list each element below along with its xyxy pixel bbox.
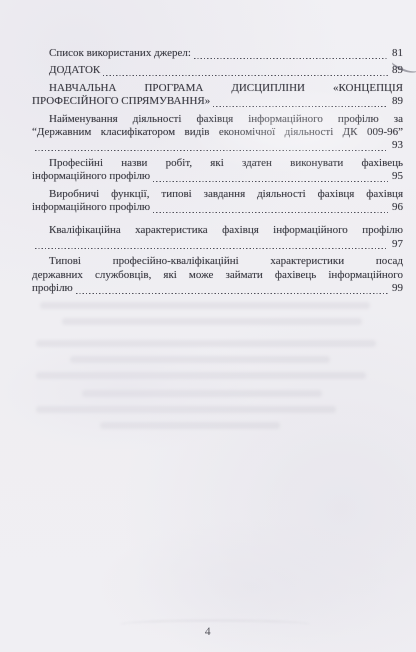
- toc-entry-last-line: ДОДАТОК89: [32, 64, 403, 77]
- toc-entry-title: інформаційного профілю: [32, 170, 150, 183]
- toc-entry: Професійні назви робіт, які здатен викон…: [32, 157, 403, 184]
- scanned-page: Список використаних джерел:81ДОДАТОК89НА…: [0, 0, 416, 652]
- toc-entry-line: Найменування діяльності фахівця інформац…: [32, 113, 403, 126]
- dot-leader: [153, 177, 388, 182]
- bleed-through-smudge: [40, 302, 370, 309]
- toc-entry-page-number: 89: [392, 95, 403, 108]
- toc-entry-line: Типові професійно-кваліфікаційні характе…: [32, 255, 403, 268]
- bleed-through-smudge: [82, 390, 322, 397]
- toc-entry-line: Виробничі функції, типові завдання діяль…: [32, 188, 403, 201]
- bleed-through-smudge: [70, 356, 330, 363]
- toc-entry-page-number: 81: [392, 47, 403, 60]
- dot-leader: [213, 102, 388, 107]
- toc-entry-page-number: 95: [392, 170, 403, 183]
- toc-list: Список використаних джерел:81ДОДАТОК89НА…: [32, 47, 403, 300]
- dot-leader: [35, 245, 388, 250]
- dot-leader: [194, 54, 388, 59]
- bleed-through-smudge: [36, 406, 336, 413]
- dot-leader: [153, 208, 388, 213]
- toc-entry-line: Кваліфікаційна характеристика фахівця ін…: [32, 224, 403, 237]
- dot-leader: [35, 146, 388, 151]
- toc-entry: НАВЧАЛЬНА ПРОГРАМА ДИСЦИПЛІНИ «КОНЦЕПЦІЯ…: [32, 82, 403, 109]
- dot-leader: [76, 289, 388, 294]
- bleed-through-smudge: [100, 422, 280, 429]
- toc-entry: Кваліфікаційна характеристика фахівця ін…: [32, 224, 403, 251]
- toc-entry-title: Список використаних джерел:: [49, 47, 191, 60]
- toc-entry-last-line: ПРОФЕСІЙНОГО СПРЯМУВАННЯ»89: [32, 95, 403, 108]
- page-number: 4: [0, 626, 416, 638]
- toc-entry-last-line: профілю99: [32, 282, 403, 295]
- toc-entry: Список використаних джерел:81: [32, 47, 403, 60]
- toc-entry-line: “Державним класифікатором видів економіч…: [32, 126, 403, 139]
- toc-entry-last-line: 97: [32, 238, 403, 251]
- dot-leader: [103, 71, 388, 76]
- toc-entry-title: ПРОФЕСІЙНОГО СПРЯМУВАННЯ»: [32, 95, 210, 108]
- toc-entry-last-line: Список використаних джерел:81: [32, 47, 403, 60]
- toc-entry-last-line: інформаційного профілю96: [32, 201, 403, 214]
- toc-entry-page-number: 93: [392, 139, 403, 152]
- toc-entry-last-line: інформаційного профілю95: [32, 170, 403, 183]
- toc-entry: Найменування діяльності фахівця інформац…: [32, 113, 403, 153]
- bleed-through-smudge: [62, 318, 362, 325]
- bleed-through-smudge: [36, 340, 376, 347]
- toc-entry-line: НАВЧАЛЬНА ПРОГРАМА ДИСЦИПЛІНИ «КОНЦЕПЦІЯ: [32, 82, 403, 95]
- toc-entry-title: інформаційного профілю: [32, 201, 150, 214]
- toc-entry-page-number: 89: [392, 64, 403, 77]
- toc-entry-page-number: 96: [392, 201, 403, 214]
- toc-entry: Виробничі функції, типові завдання діяль…: [32, 188, 403, 215]
- toc-entry-page-number: 97: [392, 238, 403, 251]
- toc-entry-page-number: 99: [392, 282, 403, 295]
- toc-entry-title: ДОДАТОК: [49, 64, 100, 77]
- toc-entry-title: профілю: [32, 282, 73, 295]
- toc-entry-last-line: 93: [32, 139, 403, 152]
- toc-entry: ДОДАТОК89: [32, 64, 403, 77]
- bleed-through-smudge: [36, 372, 366, 379]
- toc-entry-line: Професійні назви робіт, які здатен викон…: [32, 157, 403, 170]
- toc-entry: Типові професійно-кваліфікаційні характе…: [32, 255, 403, 295]
- toc-entry-line: державних службовців, які може займати ф…: [32, 269, 403, 282]
